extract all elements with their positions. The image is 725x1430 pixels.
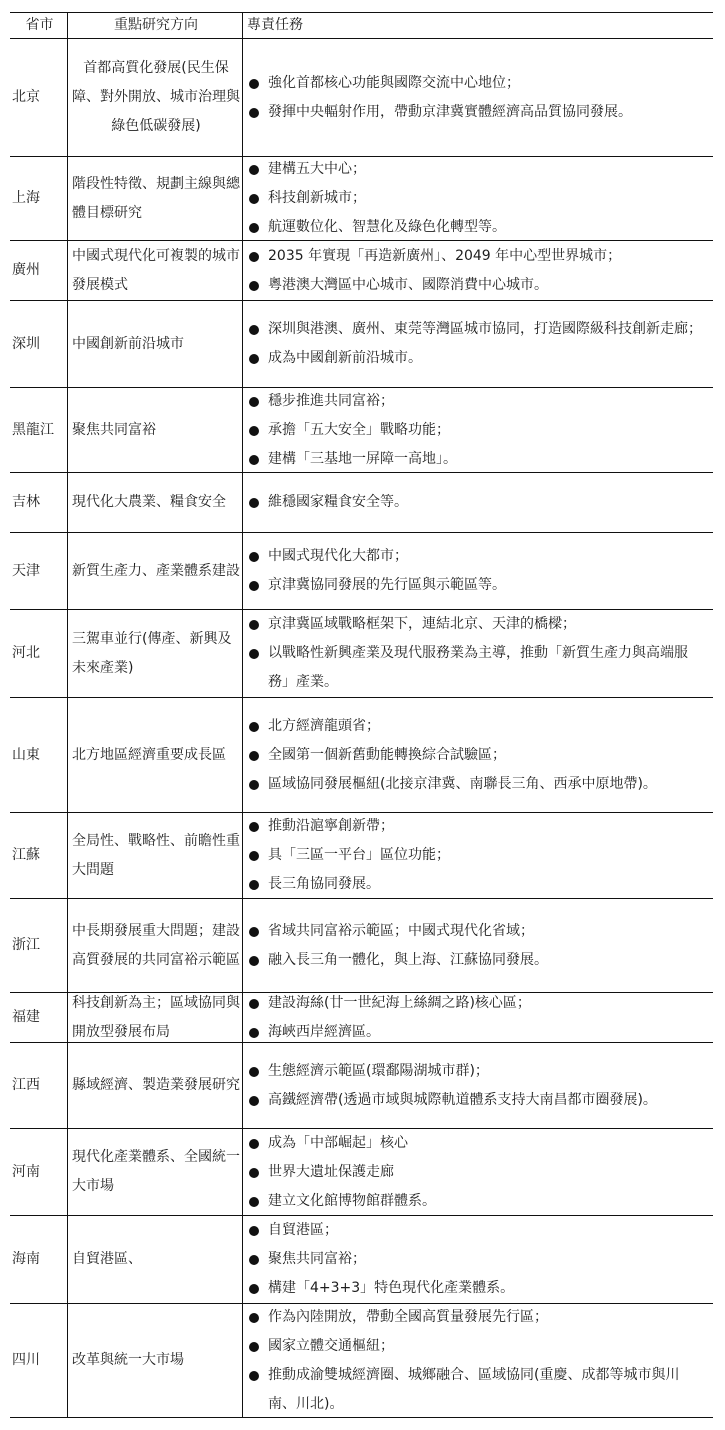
task-item: 京津冀協同發展的先行區與示範區等。 xyxy=(247,571,705,600)
task-item: 穩步推進共同富裕； xyxy=(247,387,705,416)
task-list: 推動沿滬寧創新帶；具「三區一平台」區位功能；長三角協同發展。 xyxy=(247,812,705,899)
tasks-cell: 自貿港區；聚焦共同富裕；構建「4+3+3」特色現代化產業體系。 xyxy=(243,1216,713,1303)
task-item: 自貿港區； xyxy=(247,1216,705,1245)
region-cell: 黑龍江 xyxy=(10,388,68,472)
table-row: 浙江中長期發展重大問題；建設高質發展的共同富裕示範區省域共同富裕示範區；中國式現… xyxy=(10,898,713,992)
tasks-cell: 建設海絲(廿一世紀海上絲綢之路)核心區；海峽西岸經濟區。 xyxy=(243,993,713,1042)
task-item: 高鐵經濟帶(透過市域與城際軌道體系支持大南昌都市圈發展)。 xyxy=(247,1086,705,1115)
task-item: 融入長三角一體化，與上海、江蘇協同發展。 xyxy=(247,946,705,975)
task-item: 建構五大中心； xyxy=(247,155,705,184)
table-row: 北京首都高質化發展(民生保障、對外開放、城市治理與綠色低碳發展)強化首都核心功能… xyxy=(10,38,713,156)
focus-cell: 科技創新為主；區域協同與開放型發展布局 xyxy=(68,993,243,1042)
focus-cell: 現代化產業體系、全國統一大市場 xyxy=(68,1129,243,1215)
task-item: 省域共同富裕示範區；中國式現代化省域； xyxy=(247,917,705,946)
task-item: 聚焦共同富裕； xyxy=(247,1245,705,1274)
task-item: 北方經濟龍頭省； xyxy=(247,712,705,741)
tasks-cell: 京津冀區域戰略框架下，連結北京、天津的橋樑；以戰略性新興產業及現代服務業為主導，… xyxy=(243,610,713,697)
region-cell: 海南 xyxy=(10,1216,68,1303)
region-cell: 福建 xyxy=(10,993,68,1042)
task-item: 推動沿滬寧創新帶； xyxy=(247,812,705,841)
task-list: 深圳與港澳、廣州、東莞等灣區城市協同，打造國際級科技創新走廊；成為中國創新前沿城… xyxy=(247,315,705,373)
region-cell: 吉林 xyxy=(10,473,68,532)
table-header-row: 省市 重點研究方向 專責任務 xyxy=(10,12,713,38)
region-cell: 上海 xyxy=(10,157,68,240)
task-item: 2035 年實現「再造新廣州」、2049 年中心型世界城市； xyxy=(247,242,705,271)
tasks-cell: 建構五大中心；科技創新城市；航運數位化、智慧化及綠色化轉型等。 xyxy=(243,157,713,240)
focus-cell: 階段性特徵、規劃主線與總體目標研究 xyxy=(68,157,243,240)
tasks-cell: 2035 年實現「再造新廣州」、2049 年中心型世界城市；粵港澳大灣區中心城市… xyxy=(243,241,713,300)
task-item: 航運數位化、智慧化及綠色化轉型等。 xyxy=(247,213,705,242)
tasks-cell: 生態經濟示範區(環鄱陽湖城市群)；高鐵經濟帶(透過市域與城際軌道體系支持大南昌都… xyxy=(243,1043,713,1128)
region-cell: 四川 xyxy=(10,1304,68,1417)
task-item: 世界大遺址保護走廊 xyxy=(247,1158,705,1187)
focus-cell: 縣域經濟、製造業發展研究 xyxy=(68,1043,243,1128)
task-list: 建構五大中心；科技創新城市；航運數位化、智慧化及綠色化轉型等。 xyxy=(247,155,705,242)
task-list: 維穩國家糧食安全等。 xyxy=(247,488,705,517)
region-cell: 河北 xyxy=(10,610,68,697)
task-list: 北方經濟龍頭省；全國第一個新舊動能轉換綜合試驗區；區域協同發展樞紐(北接京津冀、… xyxy=(247,712,705,799)
task-item: 承擔「五大安全」戰略功能； xyxy=(247,416,705,445)
task-item: 生態經濟示範區(環鄱陽湖城市群)； xyxy=(247,1057,705,1086)
task-list: 自貿港區；聚焦共同富裕；構建「4+3+3」特色現代化產業體系。 xyxy=(247,1216,705,1303)
task-list: 穩步推進共同富裕；承擔「五大安全」戰略功能；建構「三基地一屏障一高地」。 xyxy=(247,387,705,474)
region-cell: 深圳 xyxy=(10,301,68,387)
table-row: 天津新質生產力、產業體系建設中國式現代化大都市；京津冀協同發展的先行區與示範區等… xyxy=(10,532,713,609)
tasks-cell: 成為「中部崛起」核心世界大遺址保護走廊建立文化館博物館群體系。 xyxy=(243,1129,713,1215)
region-cell: 山東 xyxy=(10,698,68,812)
task-item: 發揮中央輻射作用，帶動京津冀實體經濟高品質協同發展。 xyxy=(247,98,705,127)
region-cell: 天津 xyxy=(10,533,68,609)
focus-cell: 新質生產力、產業體系建設 xyxy=(68,533,243,609)
table-row: 海南自貿港區、自貿港區；聚焦共同富裕；構建「4+3+3」特色現代化產業體系。 xyxy=(10,1215,713,1303)
task-item: 成為「中部崛起」核心 xyxy=(247,1129,705,1158)
focus-cell: 自貿港區、 xyxy=(68,1216,243,1303)
table-row: 福建科技創新為主；區域協同與開放型發展布局建設海絲(廿一世紀海上絲綢之路)核心區… xyxy=(10,992,713,1042)
task-item: 粵港澳大灣區中心城市、國際消費中心城市。 xyxy=(247,271,705,300)
task-item: 全國第一個新舊動能轉換綜合試驗區； xyxy=(247,741,705,770)
header-region: 省市 xyxy=(10,13,68,38)
task-item: 建構「三基地一屏障一高地」。 xyxy=(247,445,705,474)
tasks-cell: 中國式現代化大都市；京津冀協同發展的先行區與示範區等。 xyxy=(243,533,713,609)
table-row: 深圳中國創新前沿城市深圳與港澳、廣州、東莞等灣區城市協同，打造國際級科技創新走廊… xyxy=(10,300,713,387)
task-item: 以戰略性新興產業及現代服務業為主導，推動「新質生產力與高端服務」產業。 xyxy=(247,639,705,697)
task-item: 深圳與港澳、廣州、東莞等灣區城市協同，打造國際級科技創新走廊； xyxy=(247,315,705,344)
task-list: 2035 年實現「再造新廣州」、2049 年中心型世界城市；粵港澳大灣區中心城市… xyxy=(247,242,705,300)
task-item: 區域協同發展樞紐(北接京津冀、南聯長三角、西承中原地帶)。 xyxy=(247,770,705,799)
tasks-cell: 深圳與港澳、廣州、東莞等灣區城市協同，打造國際級科技創新走廊；成為中國創新前沿城… xyxy=(243,301,713,387)
table-row: 上海階段性特徵、規劃主線與總體目標研究建構五大中心；科技創新城市；航運數位化、智… xyxy=(10,156,713,240)
tasks-cell: 強化首都核心功能與國際交流中心地位；發揮中央輻射作用，帶動京津冀實體經濟高品質協… xyxy=(243,39,713,156)
focus-cell: 北方地區經濟重要成長區 xyxy=(68,698,243,812)
task-list: 成為「中部崛起」核心世界大遺址保護走廊建立文化館博物館群體系。 xyxy=(247,1129,705,1216)
task-item: 建設海絲(廿一世紀海上絲綢之路)核心區； xyxy=(247,989,705,1018)
table-row: 河南現代化產業體系、全國統一大市場成為「中部崛起」核心世界大遺址保護走廊建立文化… xyxy=(10,1128,713,1215)
focus-cell: 中國式現代化可複製的城市發展模式 xyxy=(68,241,243,300)
focus-cell: 現代化大農業、糧食安全 xyxy=(68,473,243,532)
task-item: 推動成渝雙城經濟圈、城鄉融合、區域協同(重慶、成都等城市與川南、川北)。 xyxy=(247,1361,705,1419)
task-list: 作為內陸開放，帶動全國高質量發展先行區；國家立體交通樞紐；推動成渝雙城經濟圈、城… xyxy=(247,1303,705,1419)
region-cell: 江蘇 xyxy=(10,813,68,898)
tasks-cell: 維穩國家糧食安全等。 xyxy=(243,473,713,532)
task-item: 維穩國家糧食安全等。 xyxy=(247,488,705,517)
task-list: 中國式現代化大都市；京津冀協同發展的先行區與示範區等。 xyxy=(247,542,705,600)
task-list: 建設海絲(廿一世紀海上絲綢之路)核心區；海峽西岸經濟區。 xyxy=(247,989,705,1047)
table-row: 山東北方地區經濟重要成長區北方經濟龍頭省；全國第一個新舊動能轉換綜合試驗區；區域… xyxy=(10,697,713,812)
tasks-cell: 省域共同富裕示範區；中國式現代化省域；融入長三角一體化，與上海、江蘇協同發展。 xyxy=(243,899,713,992)
task-item: 科技創新城市； xyxy=(247,184,705,213)
task-item: 國家立體交通樞紐； xyxy=(247,1332,705,1361)
focus-cell: 全局性、戰略性、前瞻性重大問題 xyxy=(68,813,243,898)
focus-cell: 改革與統一大市場 xyxy=(68,1304,243,1417)
region-task-table: 省市 重點研究方向 專責任務 北京首都高質化發展(民生保障、對外開放、城市治理與… xyxy=(10,12,713,1418)
task-item: 京津冀區域戰略框架下，連結北京、天津的橋樑； xyxy=(247,610,705,639)
task-list: 生態經濟示範區(環鄱陽湖城市群)；高鐵經濟帶(透過市域與城際軌道體系支持大南昌都… xyxy=(247,1057,705,1115)
region-cell: 浙江 xyxy=(10,899,68,992)
task-list: 京津冀區域戰略框架下，連結北京、天津的橋樑；以戰略性新興產業及現代服務業為主導，… xyxy=(247,610,705,697)
table-row: 廣州中國式現代化可複製的城市發展模式2035 年實現「再造新廣州」、2049 年… xyxy=(10,240,713,300)
task-item: 具「三區一平台」區位功能； xyxy=(247,841,705,870)
task-item: 建立文化館博物館群體系。 xyxy=(247,1187,705,1216)
table-row: 吉林現代化大農業、糧食安全維穩國家糧食安全等。 xyxy=(10,472,713,532)
tasks-cell: 推動沿滬寧創新帶；具「三區一平台」區位功能；長三角協同發展。 xyxy=(243,813,713,898)
table-row: 黑龍江聚焦共同富裕穩步推進共同富裕；承擔「五大安全」戰略功能；建構「三基地一屏障… xyxy=(10,387,713,472)
task-item: 中國式現代化大都市； xyxy=(247,542,705,571)
task-item: 作為內陸開放，帶動全國高質量發展先行區； xyxy=(247,1303,705,1332)
tasks-cell: 穩步推進共同富裕；承擔「五大安全」戰略功能；建構「三基地一屏障一高地」。 xyxy=(243,388,713,472)
focus-cell: 中長期發展重大問題；建設高質發展的共同富裕示範區 xyxy=(68,899,243,992)
task-item: 強化首都核心功能與國際交流中心地位； xyxy=(247,69,705,98)
task-item: 成為中國創新前沿城市。 xyxy=(247,344,705,373)
region-cell: 江西 xyxy=(10,1043,68,1128)
header-focus: 重點研究方向 xyxy=(68,13,243,38)
header-tasks: 專責任務 xyxy=(243,13,713,38)
focus-cell: 三駕車並行(傳產、新興及未來產業) xyxy=(68,610,243,697)
table-row: 江西縣域經濟、製造業發展研究生態經濟示範區(環鄱陽湖城市群)；高鐵經濟帶(透過市… xyxy=(10,1042,713,1128)
table-row: 江蘇全局性、戰略性、前瞻性重大問題推動沿滬寧創新帶；具「三區一平台」區位功能；長… xyxy=(10,812,713,898)
focus-cell: 中國創新前沿城市 xyxy=(68,301,243,387)
region-cell: 河南 xyxy=(10,1129,68,1215)
tasks-cell: 北方經濟龍頭省；全國第一個新舊動能轉換綜合試驗區；區域協同發展樞紐(北接京津冀、… xyxy=(243,698,713,812)
region-cell: 北京 xyxy=(10,39,68,156)
tasks-cell: 作為內陸開放，帶動全國高質量發展先行區；國家立體交通樞紐；推動成渝雙城經濟圈、城… xyxy=(243,1304,713,1417)
region-cell: 廣州 xyxy=(10,241,68,300)
task-item: 構建「4+3+3」特色現代化產業體系。 xyxy=(247,1274,705,1303)
focus-cell: 首都高質化發展(民生保障、對外開放、城市治理與綠色低碳發展) xyxy=(68,39,243,156)
task-list: 省域共同富裕示範區；中國式現代化省域；融入長三角一體化，與上海、江蘇協同發展。 xyxy=(247,917,705,975)
table-row: 四川改革與統一大市場作為內陸開放，帶動全國高質量發展先行區；國家立體交通樞紐；推… xyxy=(10,1303,713,1418)
task-item: 長三角協同發展。 xyxy=(247,870,705,899)
task-list: 強化首都核心功能與國際交流中心地位；發揮中央輻射作用，帶動京津冀實體經濟高品質協… xyxy=(247,69,705,127)
table-row: 河北三駕車並行(傳產、新興及未來產業)京津冀區域戰略框架下，連結北京、天津的橋樑… xyxy=(10,609,713,697)
focus-cell: 聚焦共同富裕 xyxy=(68,388,243,472)
